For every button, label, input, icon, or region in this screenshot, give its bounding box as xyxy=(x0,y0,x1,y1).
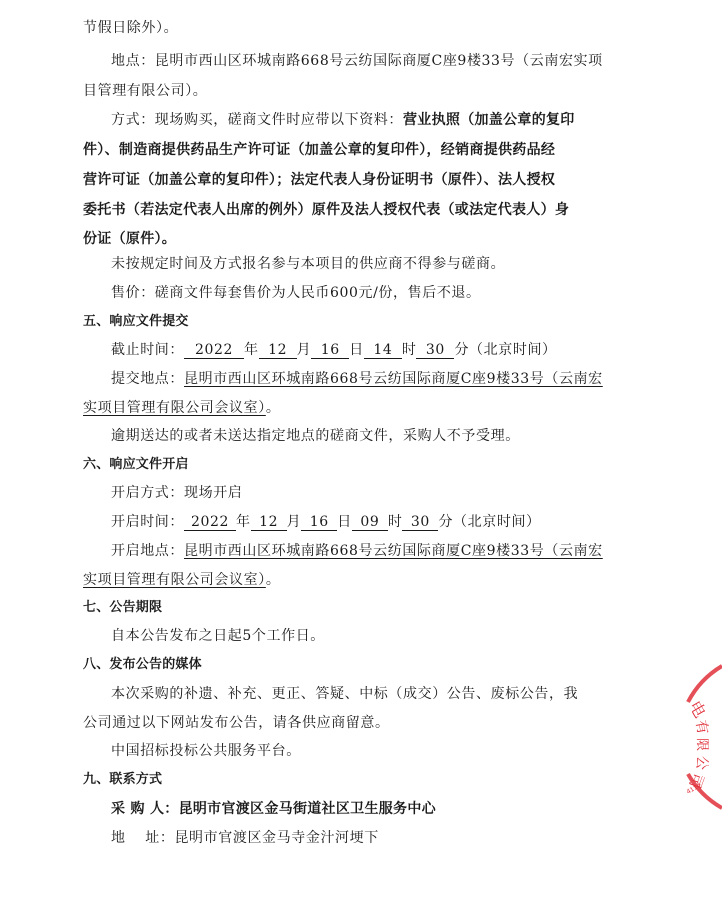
method-bold-text: 营业执照（加盖公章的复印 xyxy=(403,112,575,128)
platform-line: 中国招标投标公共服务平台。 xyxy=(111,741,301,761)
requirements-line: 营许可证（加盖公章的复印件）；法定代表人身份证明书（原件）、法人授权 xyxy=(83,170,555,190)
year-unit: 年 xyxy=(244,342,259,358)
open-minute: 30 xyxy=(402,514,438,531)
deadline-year: 2022 xyxy=(184,342,244,359)
media-line: 本次采购的补遗、补充、更正、答疑、中标（成交）公告、废标公告，我 xyxy=(111,684,578,704)
open-month: 12 xyxy=(251,514,287,531)
notice-line: 未按规定时间及方式报名参与本项目的供应商不得参与磋商。 xyxy=(111,254,505,274)
period: 。 xyxy=(266,400,281,416)
requirements-line: 份证（原件）。 xyxy=(83,229,176,249)
purchaser-label: 采 购 人： xyxy=(111,801,179,817)
open-place-line-cont: 实项目管理有限公司会议室）。 xyxy=(83,570,280,590)
deadline-line: 截止时间：2022年12月16日14时30分（北京时间） xyxy=(111,340,557,360)
hour-unit: 时 xyxy=(388,514,403,530)
svg-text:有: 有 xyxy=(692,719,710,736)
day-unit: 日 xyxy=(337,514,352,530)
submit-place-line: 提交地点：昆明市西山区环城南路668号云纺国际商厦C座9楼33号（云南宏 xyxy=(111,369,603,389)
section-heading-6: 六、响应文件开启 xyxy=(83,455,189,475)
media-line-cont: 公司通过以下网站发布公告，请各供应商留意。 xyxy=(83,713,390,733)
deadline-label: 截止时间： xyxy=(111,342,184,358)
open-time-line: 开启时间：2022年12月16日09时30分（北京时间） xyxy=(111,512,541,532)
month-unit: 月 xyxy=(297,342,312,358)
purchaser-value: 昆明市官渡区金马街道社区卫生服务中心 xyxy=(179,801,436,817)
location-line: 地点：昆明市西山区环城南路668号云纺国际商厦C座9楼33号（云南宏实项 xyxy=(111,51,603,71)
hour-unit: 时 xyxy=(402,342,417,358)
period: 。 xyxy=(266,572,281,588)
deadline-day: 16 xyxy=(311,342,349,359)
section-heading-9: 九、联系方式 xyxy=(83,770,162,790)
purchaser-line: 采 购 人：昆明市官渡区金马街道社区卫生服务中心 xyxy=(111,799,436,819)
open-method-line: 开启方式：现场开启 xyxy=(111,483,242,503)
address-value: 昆明市官渡区金马寺金汁河埂下 xyxy=(174,830,378,846)
submit-place-label: 提交地点： xyxy=(111,371,184,387)
open-year: 2022 xyxy=(184,514,236,531)
company-seal-stamp: 电 有 限 公 司 4114 xyxy=(676,662,722,812)
method-line: 方式：现场购买，磋商文件时应带以下资料：营业执照（加盖公章的复印 xyxy=(111,110,575,130)
minute-unit: 分 xyxy=(438,514,453,530)
location-line-cont: 目管理有限公司）。 xyxy=(83,81,207,101)
svg-text:公: 公 xyxy=(693,755,710,770)
open-day: 16 xyxy=(301,514,337,531)
address-line: 地 址：昆明市官渡区金马寺金汁河埂下 xyxy=(111,828,379,848)
section-heading-7: 七、公告期限 xyxy=(83,598,162,618)
section-heading-5: 五、响应文件提交 xyxy=(83,312,189,332)
timezone-note: （北京时间） xyxy=(453,514,541,530)
section-heading-8: 八、发布公告的媒体 xyxy=(83,655,202,675)
requirements-line: 委托书（若法定代表人出席的例外）原件及法人授权代表（或法定代表人）身 xyxy=(83,200,569,220)
deadline-hour: 14 xyxy=(364,342,402,359)
open-place-line: 开启地点：昆明市西山区环城南路668号云纺国际商厦C座9楼33号（云南宏 xyxy=(111,541,603,561)
submit-place-value: 昆明市西山区环城南路668号云纺国际商厦C座9楼33号（云南宏 xyxy=(184,371,603,387)
deadline-month: 12 xyxy=(259,342,297,359)
open-place-value: 昆明市西山区环城南路668号云纺国际商厦C座9楼33号（云南宏 xyxy=(184,543,603,559)
seal-icon: 电 有 限 公 司 4114 xyxy=(676,662,722,812)
address-label: 地 址： xyxy=(111,830,174,846)
price-line: 售价：磋商文件每套售价为人民币600元/份，售后不退。 xyxy=(111,283,481,303)
open-hour: 09 xyxy=(352,514,388,531)
year-unit: 年 xyxy=(236,514,251,530)
month-unit: 月 xyxy=(287,514,302,530)
open-time-label: 开启时间： xyxy=(111,514,184,530)
open-place-label: 开启地点： xyxy=(111,543,184,559)
minute-unit: 分 xyxy=(454,342,469,358)
day-unit: 日 xyxy=(349,342,364,358)
submit-place-line-cont: 实项目管理有限公司会议室）。 xyxy=(83,398,280,418)
timezone-note: （北京时间） xyxy=(469,342,557,358)
svg-text:限: 限 xyxy=(694,738,709,751)
open-place-value-cont: 实项目管理有限公司会议室） xyxy=(83,572,266,588)
deadline-minute: 30 xyxy=(416,342,454,359)
paragraph-line: 节假日除外）。 xyxy=(83,18,178,38)
method-text: 方式：现场购买，磋商文件时应带以下资料： xyxy=(111,112,403,128)
requirements-line: 件）、制造商提供药品生产许可证（加盖公章的复印件），经销商提供药品经 xyxy=(83,140,555,160)
submit-place-value-cont: 实项目管理有限公司会议室） xyxy=(83,400,266,416)
late-note-line: 逾期送达的或者未送达指定地点的磋商文件，采购人不予受理。 xyxy=(111,426,520,446)
notice-period-line: 自本公告发布之日起5个工作日。 xyxy=(111,626,325,646)
